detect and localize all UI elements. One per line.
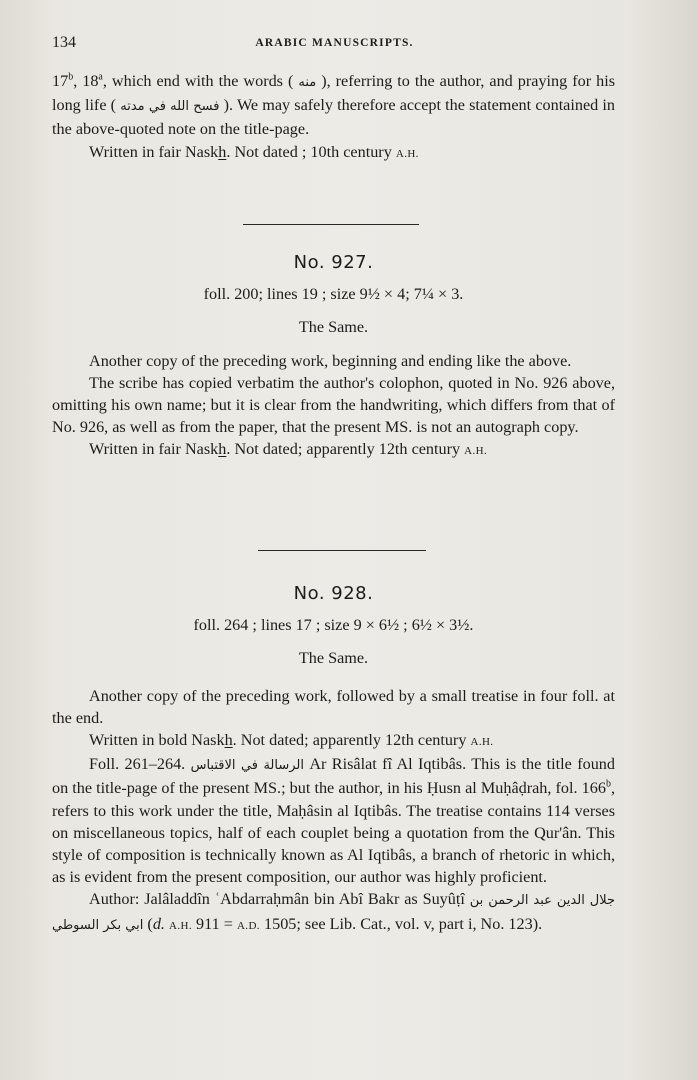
text-run: . Not dated; apparently 12th century [226,440,464,458]
script-note: Written in fair Naskh. Not dated; appare… [52,438,615,462]
script-note: Written in fair Naskh. Not dated ; 10th … [52,141,615,165]
text-run: , 18 [73,72,98,90]
scanned-book-page: 134 ARABIC MANUSCRIPTS. 17b, 18a, which … [0,0,697,1080]
continuation-paragraph: 17b, 18a, which end with the words ( منه… [52,70,615,141]
description-paragraph: Another copy of the preceding work, foll… [52,685,615,729]
text-run: . Not dated; apparently 12th century [233,731,471,749]
treatise-paragraph: Foll. 261–264. الرسالة في الاقتباس Ar Ri… [52,753,615,888]
text-run: Foll. 261–264. [89,755,191,773]
text-run: Written in fair Nask [89,440,218,458]
era-label: A.H. [169,920,192,932]
section-divider [258,550,426,551]
entry-title-text: The Same. [52,647,615,669]
entry-number: No. 927. [52,252,615,274]
text-run: Written in bold Nask [89,731,225,749]
entry-title-text: The Same. [52,316,615,338]
running-head: 134 ARABIC MANUSCRIPTS. [52,34,617,54]
running-title: ARABIC MANUSCRIPTS. [52,37,617,49]
era-label: A.H. [464,445,487,457]
text-run: . Not dated ; 10th century [226,143,395,161]
entry-928: No. 928. foll. 264 ; lines 17 ; size 9 ×… [52,583,615,937]
text-run: Author: Jalâladdîn ʿAbdarraḥmân bin Abî … [89,890,470,908]
text-run: 1505; see Lib. Cat., vol. v, part i, No.… [260,915,542,933]
section-divider [243,224,419,225]
arabic-title: الرسالة في الاقتباس [191,758,304,773]
text-run: ( [143,915,152,933]
script-note: Written in bold Naskh. Not dated; appare… [52,729,615,753]
arabic-phrase: منه [298,75,316,90]
description-paragraph: The scribe has copied verbatim the autho… [52,372,615,439]
died-abbrev: d. [153,915,165,933]
text-run: h [225,731,233,749]
text-run: , which end with the words ( [103,72,299,90]
text-run: 911 = [192,915,237,933]
arabic-phrase: فسح الله في مدته [120,99,219,114]
era-label: A.H. [470,736,493,748]
collation: foll. 264 ; lines 17 ; size 9 × 6½ ; 6½ … [52,614,615,636]
era-label: A.D. [237,920,260,932]
collation: foll. 200; lines 19 ; size 9½ × 4; 7¼ × … [52,283,615,305]
entry-927: No. 927. foll. 200; lines 19 ; size 9½ ×… [52,252,615,463]
description-paragraph: Another copy of the preceding work, begi… [52,350,615,372]
continuation-section: 17b, 18a, which end with the words ( منه… [52,70,615,165]
author-paragraph: Author: Jalâladdîn ʿAbdarraḥmân bin Abî … [52,888,615,936]
text-run: 17 [52,72,68,90]
era-label: A.H. [396,148,419,160]
text-run: Written in fair Nask [89,143,218,161]
entry-number: No. 928. [52,583,615,605]
